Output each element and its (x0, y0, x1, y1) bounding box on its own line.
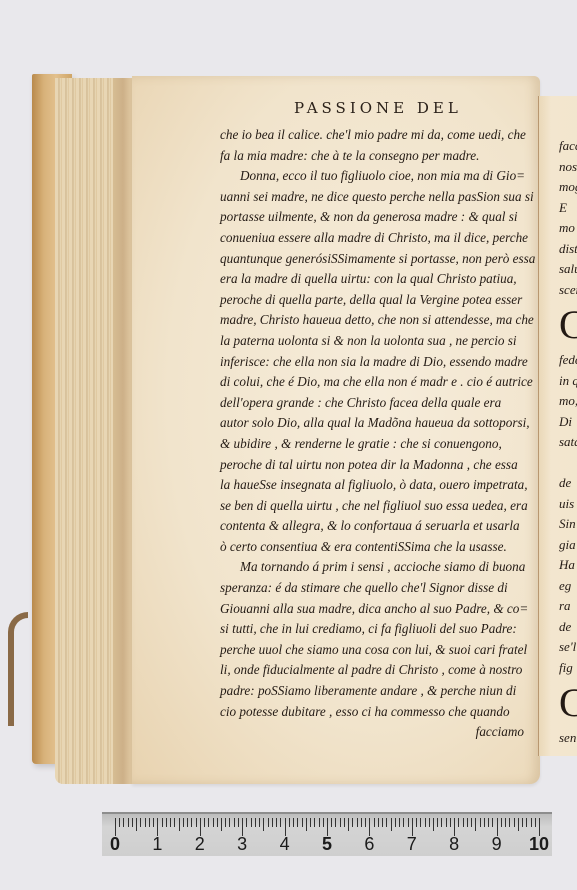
scale-tick (348, 818, 349, 831)
scale-tick (319, 818, 320, 827)
scale-tick (484, 818, 485, 827)
text-line: padre: poSSiamo liberamente andare , & p… (220, 681, 538, 702)
text-line: Ma tornando á prim i sensi , accioche si… (220, 557, 538, 578)
text-fragment: fig (559, 658, 577, 679)
scale-tick (488, 818, 489, 827)
scale-tick (132, 818, 133, 827)
scale-tick (259, 818, 260, 827)
page-block-edges (55, 78, 133, 784)
scale-tick (408, 818, 409, 827)
right-page-text-fragments: faccnostmogEmodistsaluscenCfedein qumo,D… (559, 136, 577, 749)
scale-tick (170, 818, 171, 827)
scale-tick (463, 818, 464, 827)
scale-tick (272, 818, 273, 827)
scale-tick (492, 818, 493, 827)
scale-tick (153, 818, 154, 827)
text-fragment: Di (559, 412, 577, 433)
scale-tick (420, 818, 421, 827)
scale-tick (221, 818, 222, 831)
scale-tick (501, 818, 502, 827)
scale-tick (357, 818, 358, 827)
scale-tick (437, 818, 438, 827)
scale-label: 7 (407, 834, 417, 855)
book-photo-scene: PASSIONE DEL che io bea il calice. che'l… (0, 0, 577, 890)
scale-tick (196, 818, 197, 827)
text-fragment: Ha (559, 555, 577, 576)
scale-tick (450, 818, 451, 827)
text-line: Giouanni alla sua madre, dica ancho al s… (220, 599, 538, 620)
text-line: autor solo Dio, alla qual la Madõna haue… (220, 413, 538, 434)
text-line: di colui, che é Dio, ma che ella non é m… (220, 372, 538, 393)
scale-label: 0 (110, 834, 120, 855)
text-fragment: E (559, 198, 577, 219)
text-fragment: uis (559, 494, 577, 515)
text-fragment (559, 453, 577, 474)
text-line: Donna, ecco il tuo figliuolo cioe, non m… (220, 166, 538, 187)
scale-tick (174, 818, 175, 827)
scale-label: 6 (364, 834, 374, 855)
scale-tick (238, 818, 239, 827)
scale-tick (310, 818, 311, 827)
scale-tick (225, 818, 226, 827)
text-line: speranza: é da stimare che quello che'l … (220, 578, 538, 599)
scale-tick (446, 818, 447, 827)
catchword: facciamo (220, 722, 538, 743)
text-fragment: in qu (559, 371, 577, 392)
text-line: portasse uilmente, & non da generosa mad… (220, 207, 538, 228)
scale-tick (119, 818, 120, 827)
text-fragment: ra (559, 596, 577, 617)
scale-label: 9 (492, 834, 502, 855)
text-line: & ubidire , & renderne le gratie : che s… (220, 434, 538, 455)
scale-tick (335, 818, 336, 827)
scale-tick (331, 818, 332, 827)
scale-tick (302, 818, 303, 827)
scale-tick (191, 818, 192, 827)
text-line: perche uuol che siamo una cosa con lui, … (220, 640, 538, 661)
scale-tick (255, 818, 256, 827)
scale-tick (429, 818, 430, 827)
scale-tick (416, 818, 417, 827)
left-page-body-text: che io bea il calice. che'l mio padre mi… (220, 125, 538, 743)
leather-strap (8, 612, 28, 726)
left-page: PASSIONE DEL che io bea il calice. che'l… (132, 76, 540, 784)
scale-tick (395, 818, 396, 827)
scale-tick (183, 818, 184, 827)
scale-tick (204, 818, 205, 827)
scale-tick (391, 818, 392, 831)
scale-tick (433, 818, 434, 831)
text-fragment: gia (559, 535, 577, 556)
scale-tick (522, 818, 523, 827)
scale-tick (293, 818, 294, 827)
scale-tick (289, 818, 290, 827)
scale-tick (344, 818, 345, 827)
text-line: inferisce: che ella non sia la madre di … (220, 352, 538, 373)
text-fragment: eg (559, 576, 577, 597)
text-line: ò certo consentiua & era contentiSSima c… (220, 537, 538, 558)
scale-tick (535, 818, 536, 827)
text-line: era la madre di quella uirtu: con la qua… (220, 269, 538, 290)
scale-tick (378, 818, 379, 827)
scale-tick (441, 818, 442, 827)
text-line: uanni sei madre, ne dice questo perche n… (220, 187, 538, 208)
scale-tick (531, 818, 532, 827)
text-fragment: facc (559, 136, 577, 157)
scale-tick (480, 818, 481, 827)
scale-tick (314, 818, 315, 827)
text-fragment: de (559, 617, 577, 638)
scale-tick (276, 818, 277, 827)
running-head: PASSIONE DEL (294, 99, 514, 117)
text-fragment: mo (559, 218, 577, 239)
text-fragment: nost (559, 157, 577, 178)
scale-tick (340, 818, 341, 827)
scale-tick (179, 818, 180, 831)
scale-tick (187, 818, 188, 827)
scale-tick (514, 818, 515, 827)
scale-tick (213, 818, 214, 827)
scale-label: 5 (322, 834, 332, 855)
scale-tick (145, 818, 146, 827)
scale-tick (518, 818, 519, 831)
scale-tick (162, 818, 163, 827)
scale-label: 2 (195, 834, 205, 855)
scale-label: 4 (280, 834, 290, 855)
scale-tick (280, 818, 281, 827)
text-line: si tutti, che in lui crediamo, ci fa fig… (220, 619, 538, 640)
scale-tick (229, 818, 230, 827)
scale-tick (251, 818, 252, 827)
text-line: che io bea il calice. che'l mio padre mi… (220, 125, 538, 146)
text-fragment: mo, (559, 391, 577, 412)
text-fragment: mog (559, 177, 577, 198)
text-line: la haueSse insegnata al figliuolo, ò dat… (220, 475, 538, 496)
scale-tick (136, 818, 137, 831)
text-fragment: salu (559, 259, 577, 280)
scale-tick (128, 818, 129, 827)
text-fragment: de (559, 473, 577, 494)
scale-tick (323, 818, 324, 827)
scale-label: 1 (152, 834, 162, 855)
text-line: madre, Christo haueua detto, che non si … (220, 310, 538, 331)
scale-tick (382, 818, 383, 827)
scale-tick (297, 818, 298, 827)
scale-tick (246, 818, 247, 827)
scale-tick (467, 818, 468, 827)
scale-tick (166, 818, 167, 827)
text-line: la paterna uolonta si & non la uolonta s… (220, 331, 538, 352)
text-fragment: sen (559, 728, 577, 749)
scale-tick (234, 818, 235, 827)
scale-tick (403, 818, 404, 827)
text-line: cio potesse dubitare , esso ci ha commes… (220, 702, 538, 723)
scale-tick (526, 818, 527, 827)
scale-tick (149, 818, 150, 827)
text-line: conueniua essere alla madre di Christo, … (220, 228, 538, 249)
text-line: contenta & allegra, & lo confortaua á se… (220, 516, 538, 537)
text-line: se ben di quella uirtu , che nel figliuo… (220, 496, 538, 517)
text-fragment: dist (559, 239, 577, 260)
scale-label: 10 (529, 834, 549, 855)
scale-labels: 012345678910 (102, 834, 552, 854)
text-fragment: Sin (559, 514, 577, 535)
scale-tick (140, 818, 141, 827)
large-initial: C (559, 678, 577, 728)
large-initial: C (559, 300, 577, 350)
scale-tick (352, 818, 353, 827)
scale-tick (268, 818, 269, 827)
text-line: fa la mia madre: che à te la consegno pe… (220, 146, 538, 167)
scale-tick (217, 818, 218, 827)
text-line: li, onde fiducialmente al padre di Chris… (220, 660, 538, 681)
text-line: dell'opera grande : che Christo facea de… (220, 393, 538, 414)
scale-tick (123, 818, 124, 827)
scale-tick (306, 818, 307, 831)
measuring-scale: 012345678910 (102, 812, 552, 856)
text-fragment: sata (559, 432, 577, 453)
scale-tick (365, 818, 366, 827)
scale-tick (374, 818, 375, 827)
scale-tick (509, 818, 510, 827)
right-page-partial: faccnostmogEmodistsaluscenCfedein qumo,D… (538, 96, 577, 756)
text-fragment: se'l (559, 637, 577, 658)
text-line: peroche di tal uirtu non potea dir la Ma… (220, 455, 538, 476)
scale-tick (263, 818, 264, 831)
scale-label: 8 (449, 834, 459, 855)
text-fragment: fede (559, 350, 577, 371)
scale-tick (471, 818, 472, 827)
scale-tick (208, 818, 209, 827)
text-line: peroche di quella parte, della qual la V… (220, 290, 538, 311)
scale-tick (386, 818, 387, 827)
scale-tick (425, 818, 426, 827)
scale-tick (475, 818, 476, 831)
scale-tick (399, 818, 400, 827)
text-fragment: scen (559, 280, 577, 301)
scale-tick (361, 818, 362, 827)
scale-tick (458, 818, 459, 827)
scale-tick (505, 818, 506, 827)
text-line: quantunque generósiSSimamente si portass… (220, 249, 538, 270)
scale-label: 3 (237, 834, 247, 855)
